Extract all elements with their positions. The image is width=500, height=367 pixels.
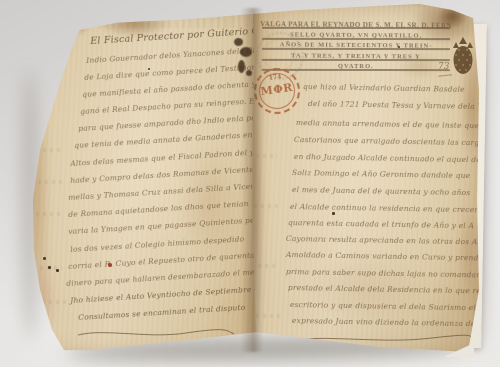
ink-blot xyxy=(234,38,243,46)
revalidation-strike-line xyxy=(262,27,450,29)
handwritten-line: prestado el Alcalde dela Residencia en l… xyxy=(288,283,500,296)
ink-speck xyxy=(148,68,150,70)
handwritten-line: media annata arrendamos el de que inste … xyxy=(296,118,500,131)
handwritten-line: Amoldado a Caminos variando en Curso y p… xyxy=(286,250,500,263)
bleed-through-text xyxy=(38,180,62,184)
center-fold-crease xyxy=(241,8,263,352)
handwritten-line: Castorianos que arraigado doscientas las… xyxy=(294,135,500,148)
handwritten-line: Soliz Domingo el Año Geronimo dandole qu… xyxy=(292,168,471,180)
handwritten-line: los dos vezes al Colegio himismo despedi… xyxy=(70,234,245,254)
ink-blot xyxy=(238,60,245,73)
handwritten-line: corria el R. Cuyo el Repuesto otro de qu… xyxy=(68,251,255,271)
handwritten-line: en dho Juzgado Alcalde continuado el aqu… xyxy=(294,152,481,164)
folio-number: 73 xyxy=(438,62,452,76)
ink-speck xyxy=(56,269,59,272)
pinecone-seal-icon xyxy=(450,36,476,76)
bleed-through-text xyxy=(36,212,64,216)
bleed-through-text xyxy=(36,148,62,152)
faded-round-stamp-inner xyxy=(263,39,295,71)
ink-speck xyxy=(332,212,335,215)
handwritten-line: quarenta esta cuadada el triunfo de Año … xyxy=(288,218,474,230)
stain xyxy=(62,14,90,36)
ink-speck xyxy=(48,266,51,269)
handwritten-line: que hizo al Vezindario Guardian Basdale xyxy=(303,82,465,94)
handwritten-line: el mes de Juana del de quarenta y ocho a… xyxy=(292,185,471,197)
bleed-through-text xyxy=(42,300,68,304)
ink-speck xyxy=(43,257,46,260)
stain xyxy=(458,204,480,299)
manuscript-left-page: El Fiscal Protector por Guiterio Quindai… xyxy=(28,8,264,356)
handwritten-line: escritorio y que dispusiera el dela Suar… xyxy=(290,300,476,312)
handwritten-line: Consultamos se encaminan el tral disputo xyxy=(78,303,246,322)
ink-blot xyxy=(240,47,252,57)
handwritten-line: el Alcalde continuo la residencia en que… xyxy=(290,202,480,214)
handwritten-line: hade y Compro delas dos Romanas de Vicen… xyxy=(70,165,254,185)
manuscript-right-page: VALGA PARA EL REYNADO DE S. M. EL SR. D.… xyxy=(248,4,482,358)
handwritten-line: que tenia de media annata de Ganaderias … xyxy=(74,130,253,150)
ink-blot xyxy=(246,70,252,76)
manuscript-photo: El Fiscal Protector por Guiterio Quindai… xyxy=(0,0,500,367)
signature-flourish xyxy=(76,326,236,340)
handwritten-line: prima para saber supo dichas lajas no co… xyxy=(286,267,482,279)
ink-speck xyxy=(398,46,400,48)
handwritten-line: expresado Juan vino diziendo la ordenanz… xyxy=(292,316,500,329)
handwritten-line: varia la Ymagen en que pagasse Quiniento… xyxy=(68,215,268,236)
bleed-through-text xyxy=(98,12,248,28)
bleed-through-text xyxy=(40,266,62,270)
handwritten-line: del año 1721 Puesta Tessa y Varnave dela… xyxy=(308,99,494,111)
red-ink-blot xyxy=(108,263,112,267)
handwritten-line: Cayomara resulta apreciando en las otras… xyxy=(286,234,492,247)
